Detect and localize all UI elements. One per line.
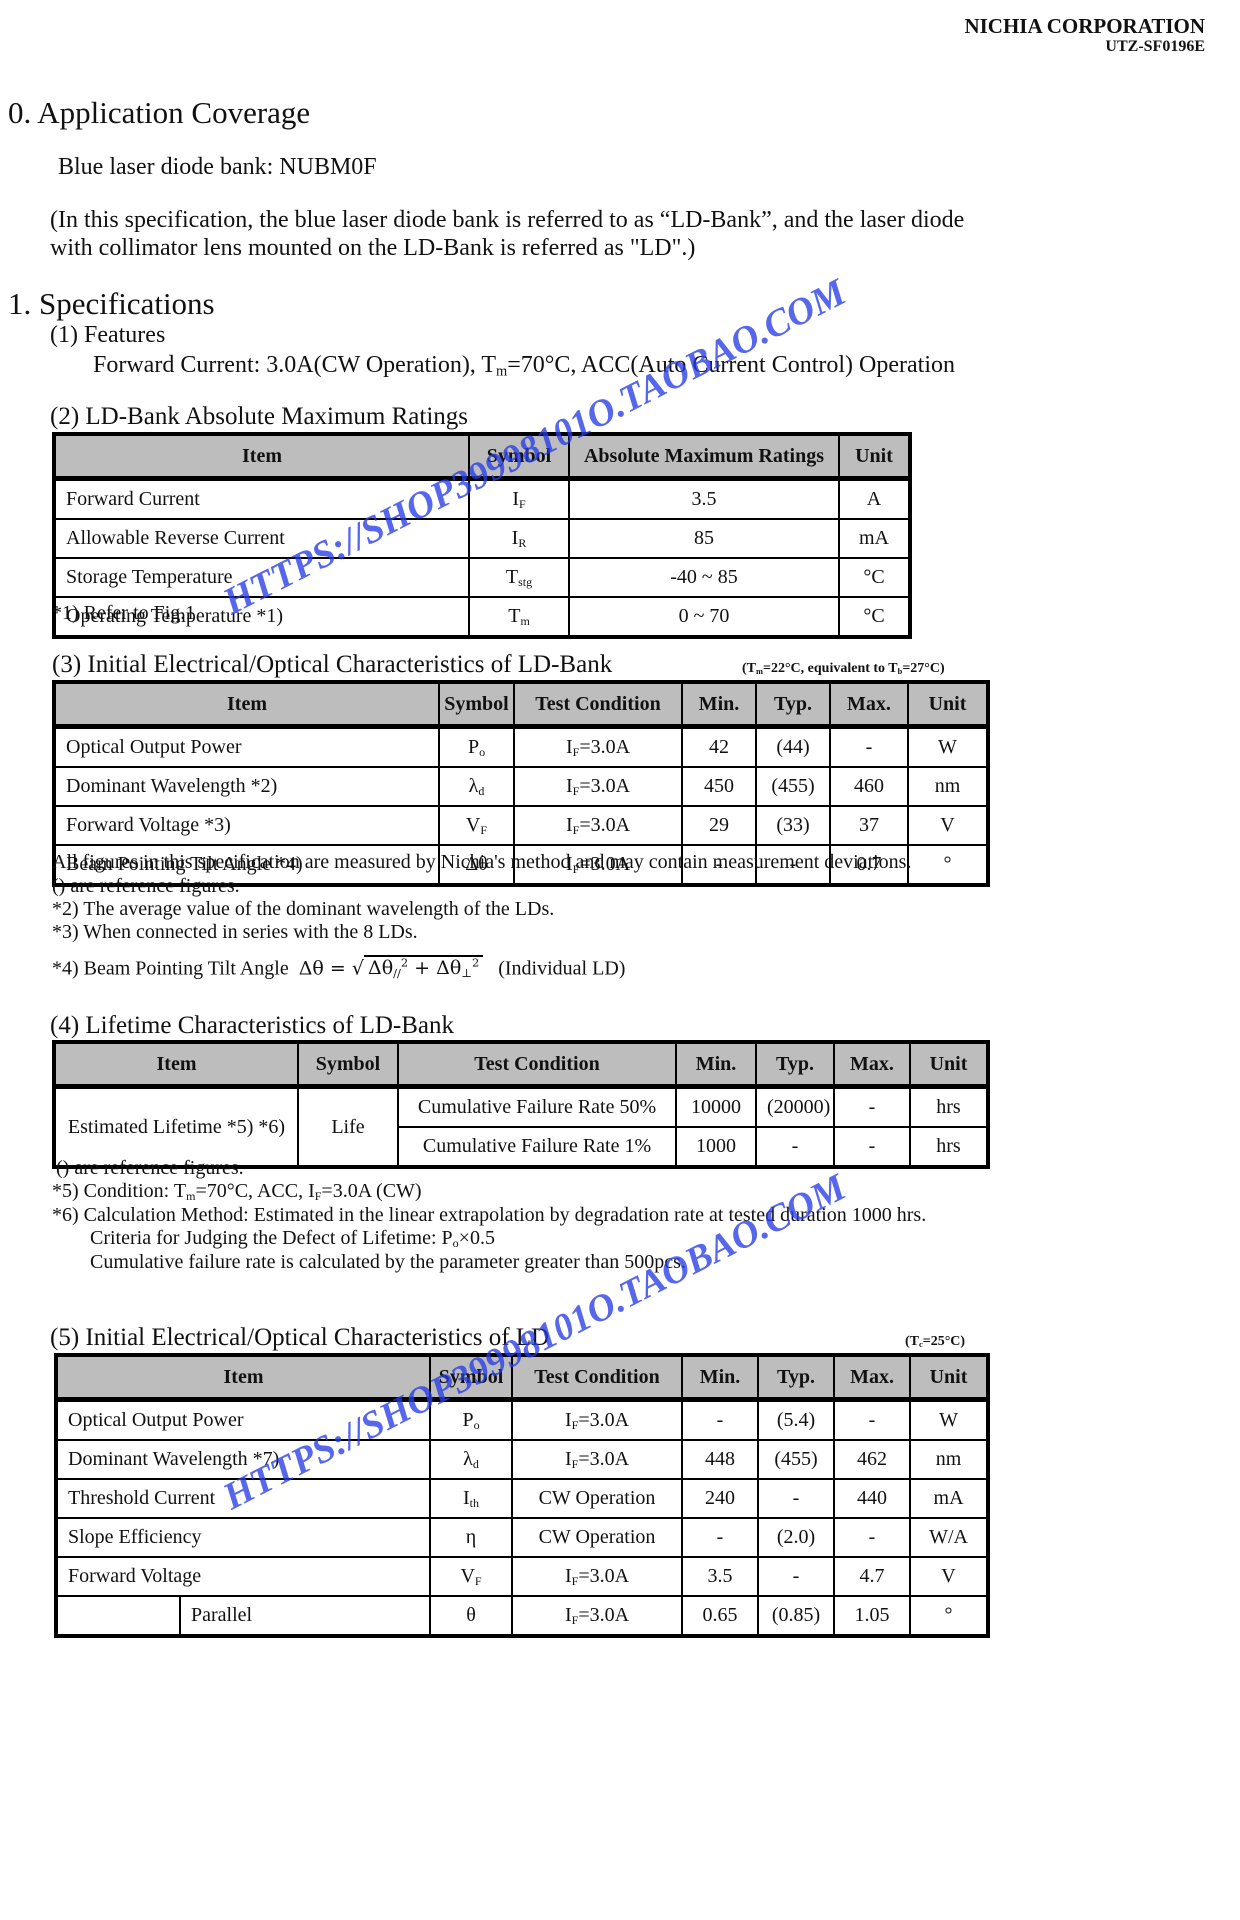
min-cell: 29 bbox=[682, 806, 756, 845]
unit-cell: nm bbox=[908, 767, 988, 806]
min-cell: 450 bbox=[682, 767, 756, 806]
symbol-cell: Tm bbox=[469, 597, 569, 637]
table-row: Forward Voltage *3)VFIF=3.0A29(33)37V bbox=[54, 806, 988, 845]
value-cell: 85 bbox=[569, 519, 839, 558]
sub-item-cell: Parallel bbox=[180, 1596, 430, 1636]
unit-cell: V bbox=[910, 1557, 988, 1596]
features-text: Forward Current: 3.0A(CW Operation), Tm=… bbox=[93, 348, 955, 389]
max-cell: - bbox=[830, 727, 908, 768]
unit-cell: nm bbox=[910, 1440, 988, 1479]
max-cell: 460 bbox=[830, 767, 908, 806]
typ-cell: (44) bbox=[756, 727, 830, 768]
col-header: Typ. bbox=[756, 1042, 834, 1087]
item-cell: Forward Current bbox=[54, 479, 469, 520]
min-cell: 240 bbox=[682, 1479, 758, 1518]
col-header: Unit bbox=[839, 434, 910, 479]
cell: hrs bbox=[910, 1087, 988, 1128]
test-condition-cell: IF=3.0A bbox=[512, 1596, 682, 1636]
unit-cell: ° bbox=[910, 1596, 988, 1636]
col-header: Test Condition bbox=[398, 1042, 676, 1087]
col-header: Max. bbox=[830, 682, 908, 727]
symbol-cell: IR bbox=[469, 519, 569, 558]
min-cell: 3.5 bbox=[682, 1557, 758, 1596]
col-header: Symbol bbox=[439, 682, 514, 727]
col-header: Min. bbox=[676, 1042, 756, 1087]
col-header: Min. bbox=[682, 682, 756, 727]
min-cell: 0.65 bbox=[682, 1596, 758, 1636]
cell: 1000 bbox=[676, 1127, 756, 1167]
lifetime-cumulative: Cumulative failure rate is calculated by… bbox=[90, 1248, 686, 1276]
symbol-cell: Po bbox=[430, 1400, 512, 1441]
table-row: Optical Output PowerPoIF=3.0A42(44)-W bbox=[54, 727, 988, 768]
table-row-partial: ParallelθIF=3.0A0.65(0.85)1.05° bbox=[56, 1596, 988, 1636]
lifetime-title: (4) Lifetime Characteristics of LD-Bank bbox=[50, 1012, 454, 1040]
table-row: Threshold CurrentIthCW Operation240-440m… bbox=[56, 1479, 988, 1518]
bank-char-title: (3) Initial Electrical/Optical Character… bbox=[52, 651, 612, 679]
test-condition-cell: IF=3.0A bbox=[514, 806, 682, 845]
abs-max-footnote: *1) Refer to Fig.1 bbox=[52, 599, 195, 627]
max-cell: - bbox=[834, 1400, 910, 1441]
lifetime-table: ItemSymbolTest ConditionMin.Typ.Max.Unit… bbox=[52, 1040, 990, 1169]
section-0-title: 0. Application Coverage bbox=[8, 95, 310, 131]
test-condition-cell: IF=3.0A bbox=[512, 1400, 682, 1441]
typ-cell: (2.0) bbox=[758, 1518, 834, 1557]
unit-cell: mA bbox=[839, 519, 910, 558]
symbol-cell: VF bbox=[430, 1557, 512, 1596]
typ-cell: (455) bbox=[756, 767, 830, 806]
typ-cell: - bbox=[758, 1557, 834, 1596]
cell: - bbox=[756, 1127, 834, 1167]
symbol-cell: Tstg bbox=[469, 558, 569, 597]
unit-cell: °C bbox=[839, 558, 910, 597]
cell: hrs bbox=[910, 1127, 988, 1167]
col-header: Unit bbox=[910, 1042, 988, 1087]
symbol-cell: θ bbox=[430, 1596, 512, 1636]
ld-char-condition: (Tc=25°C) bbox=[905, 1334, 965, 1350]
symbol-cell: VF bbox=[439, 806, 514, 845]
cell: Cumulative Failure Rate 50% bbox=[398, 1087, 676, 1128]
item-cell: Forward Voltage bbox=[56, 1557, 430, 1596]
cell: Cumulative Failure Rate 1% bbox=[398, 1127, 676, 1167]
unit-cell: ° bbox=[908, 845, 988, 885]
min-cell: 42 bbox=[682, 727, 756, 768]
symbol-cell: Po bbox=[439, 727, 514, 768]
value-cell: 3.5 bbox=[569, 479, 839, 520]
min-cell: - bbox=[682, 1400, 758, 1441]
item-cell: Forward Voltage *3) bbox=[54, 806, 439, 845]
item-cell: Optical Output Power bbox=[56, 1400, 430, 1441]
symbol-cell: IF bbox=[469, 479, 569, 520]
col-header: Unit bbox=[908, 682, 988, 727]
unit-cell: W bbox=[908, 727, 988, 768]
item-cell: Dominant Wavelength *7) bbox=[56, 1440, 430, 1479]
col-header: Max. bbox=[834, 1042, 910, 1087]
table-row: Slope EfficiencyηCW Operation-(2.0)-W/A bbox=[56, 1518, 988, 1557]
item-cell bbox=[56, 1596, 180, 1636]
table-row: Optical Output PowerPoIF=3.0A-(5.4)-W bbox=[56, 1400, 988, 1441]
bank-note-formula: *4) Beam Pointing Tilt Angle Δθ = √Δθ//2… bbox=[52, 949, 625, 987]
col-header: Symbol bbox=[298, 1042, 398, 1087]
section-1-title: 1. Specifications bbox=[8, 286, 215, 322]
table-row: Dominant Wavelength *7)λdIF=3.0A448(455)… bbox=[56, 1440, 988, 1479]
value-cell: 0 ~ 70 bbox=[569, 597, 839, 637]
max-cell: 440 bbox=[834, 1479, 910, 1518]
col-header: Typ. bbox=[756, 682, 830, 727]
company-name: NICHIA CORPORATION bbox=[964, 14, 1205, 39]
table-row: Dominant Wavelength *2)λdIF=3.0A450(455)… bbox=[54, 767, 988, 806]
typ-cell: (0.85) bbox=[758, 1596, 834, 1636]
table-row: Estimated Lifetime *5) *6) Life Cumulati… bbox=[54, 1087, 988, 1128]
table-row: Allowable Reverse CurrentIR85mA bbox=[54, 519, 910, 558]
max-cell: - bbox=[834, 1518, 910, 1557]
lifetime-symbol: Life bbox=[298, 1087, 398, 1168]
cell: - bbox=[834, 1087, 910, 1128]
col-header: Test Condition bbox=[512, 1355, 682, 1400]
table-row: Forward CurrentIF3.5A bbox=[54, 479, 910, 520]
document-code: UTZ-SF0196E bbox=[1105, 38, 1205, 56]
max-cell: 4.7 bbox=[834, 1557, 910, 1596]
test-condition-cell: IF=3.0A bbox=[514, 727, 682, 768]
test-condition-cell: IF=3.0A bbox=[514, 767, 682, 806]
col-header: Typ. bbox=[758, 1355, 834, 1400]
test-condition-cell: IF=3.0A bbox=[512, 1557, 682, 1596]
col-header: Item bbox=[54, 1042, 298, 1087]
unit-cell: V bbox=[908, 806, 988, 845]
col-header: Item bbox=[56, 1355, 430, 1400]
unit-cell: A bbox=[839, 479, 910, 520]
bank-note-4: *3) When connected in series with the 8 … bbox=[52, 918, 418, 946]
col-header: Item bbox=[54, 434, 469, 479]
ld-char-title: (5) Initial Electrical/Optical Character… bbox=[50, 1324, 549, 1352]
test-condition-cell: CW Operation bbox=[512, 1479, 682, 1518]
cell: (20000) bbox=[756, 1087, 834, 1128]
item-cell: Optical Output Power bbox=[54, 727, 439, 768]
col-header: Max. bbox=[834, 1355, 910, 1400]
item-cell: Threshold Current bbox=[56, 1479, 430, 1518]
max-cell: 37 bbox=[830, 806, 908, 845]
test-condition-cell: IF=3.0A bbox=[512, 1440, 682, 1479]
item-cell: Slope Efficiency bbox=[56, 1518, 430, 1557]
cell: 10000 bbox=[676, 1087, 756, 1128]
cell: - bbox=[834, 1127, 910, 1167]
col-header: Symbol bbox=[469, 434, 569, 479]
col-header: Test Condition bbox=[514, 682, 682, 727]
symbol-cell: λd bbox=[430, 1440, 512, 1479]
unit-cell: W/A bbox=[910, 1518, 988, 1557]
typ-cell: (33) bbox=[756, 806, 830, 845]
unit-cell: W bbox=[910, 1400, 988, 1441]
col-header: Symbol bbox=[430, 1355, 512, 1400]
symbol-cell: η bbox=[430, 1518, 512, 1557]
item-cell: Allowable Reverse Current bbox=[54, 519, 469, 558]
table-row: Forward VoltageVFIF=3.0A3.5-4.7V bbox=[56, 1557, 988, 1596]
typ-cell: (5.4) bbox=[758, 1400, 834, 1441]
value-cell: -40 ~ 85 bbox=[569, 558, 839, 597]
abs-max-title: (2) LD-Bank Absolute Maximum Ratings bbox=[50, 403, 468, 431]
item-cell: Dominant Wavelength *2) bbox=[54, 767, 439, 806]
col-header: Item bbox=[54, 682, 439, 727]
symbol-cell: λd bbox=[439, 767, 514, 806]
unit-cell: °C bbox=[839, 597, 910, 637]
col-header: Min. bbox=[682, 1355, 758, 1400]
max-cell: 462 bbox=[834, 1440, 910, 1479]
typ-cell: - bbox=[758, 1479, 834, 1518]
symbol-cell: Ith bbox=[430, 1479, 512, 1518]
product-line: Blue laser diode bank: NUBM0F bbox=[58, 150, 377, 184]
ld-char-table: ItemSymbolTest ConditionMin.Typ.Max.Unit… bbox=[54, 1353, 990, 1638]
typ-cell: (455) bbox=[758, 1440, 834, 1479]
item-cell: Storage Temperature bbox=[54, 558, 469, 597]
bank-char-condition: (Tm=22°C, equivalent to Tb=27°C) bbox=[742, 661, 945, 677]
max-cell: 1.05 bbox=[834, 1596, 910, 1636]
col-header: Unit bbox=[910, 1355, 988, 1400]
unit-cell: mA bbox=[910, 1479, 988, 1518]
test-condition-cell: CW Operation bbox=[512, 1518, 682, 1557]
col-header: Absolute Maximum Ratings bbox=[569, 434, 839, 479]
min-cell: 448 bbox=[682, 1440, 758, 1479]
table-row: Storage TemperatureTstg-40 ~ 85°C bbox=[54, 558, 910, 597]
features-title: (1) Features bbox=[50, 318, 165, 352]
min-cell: - bbox=[682, 1518, 758, 1557]
definition-line-2: with collimator lens mounted on the LD-B… bbox=[50, 231, 695, 265]
